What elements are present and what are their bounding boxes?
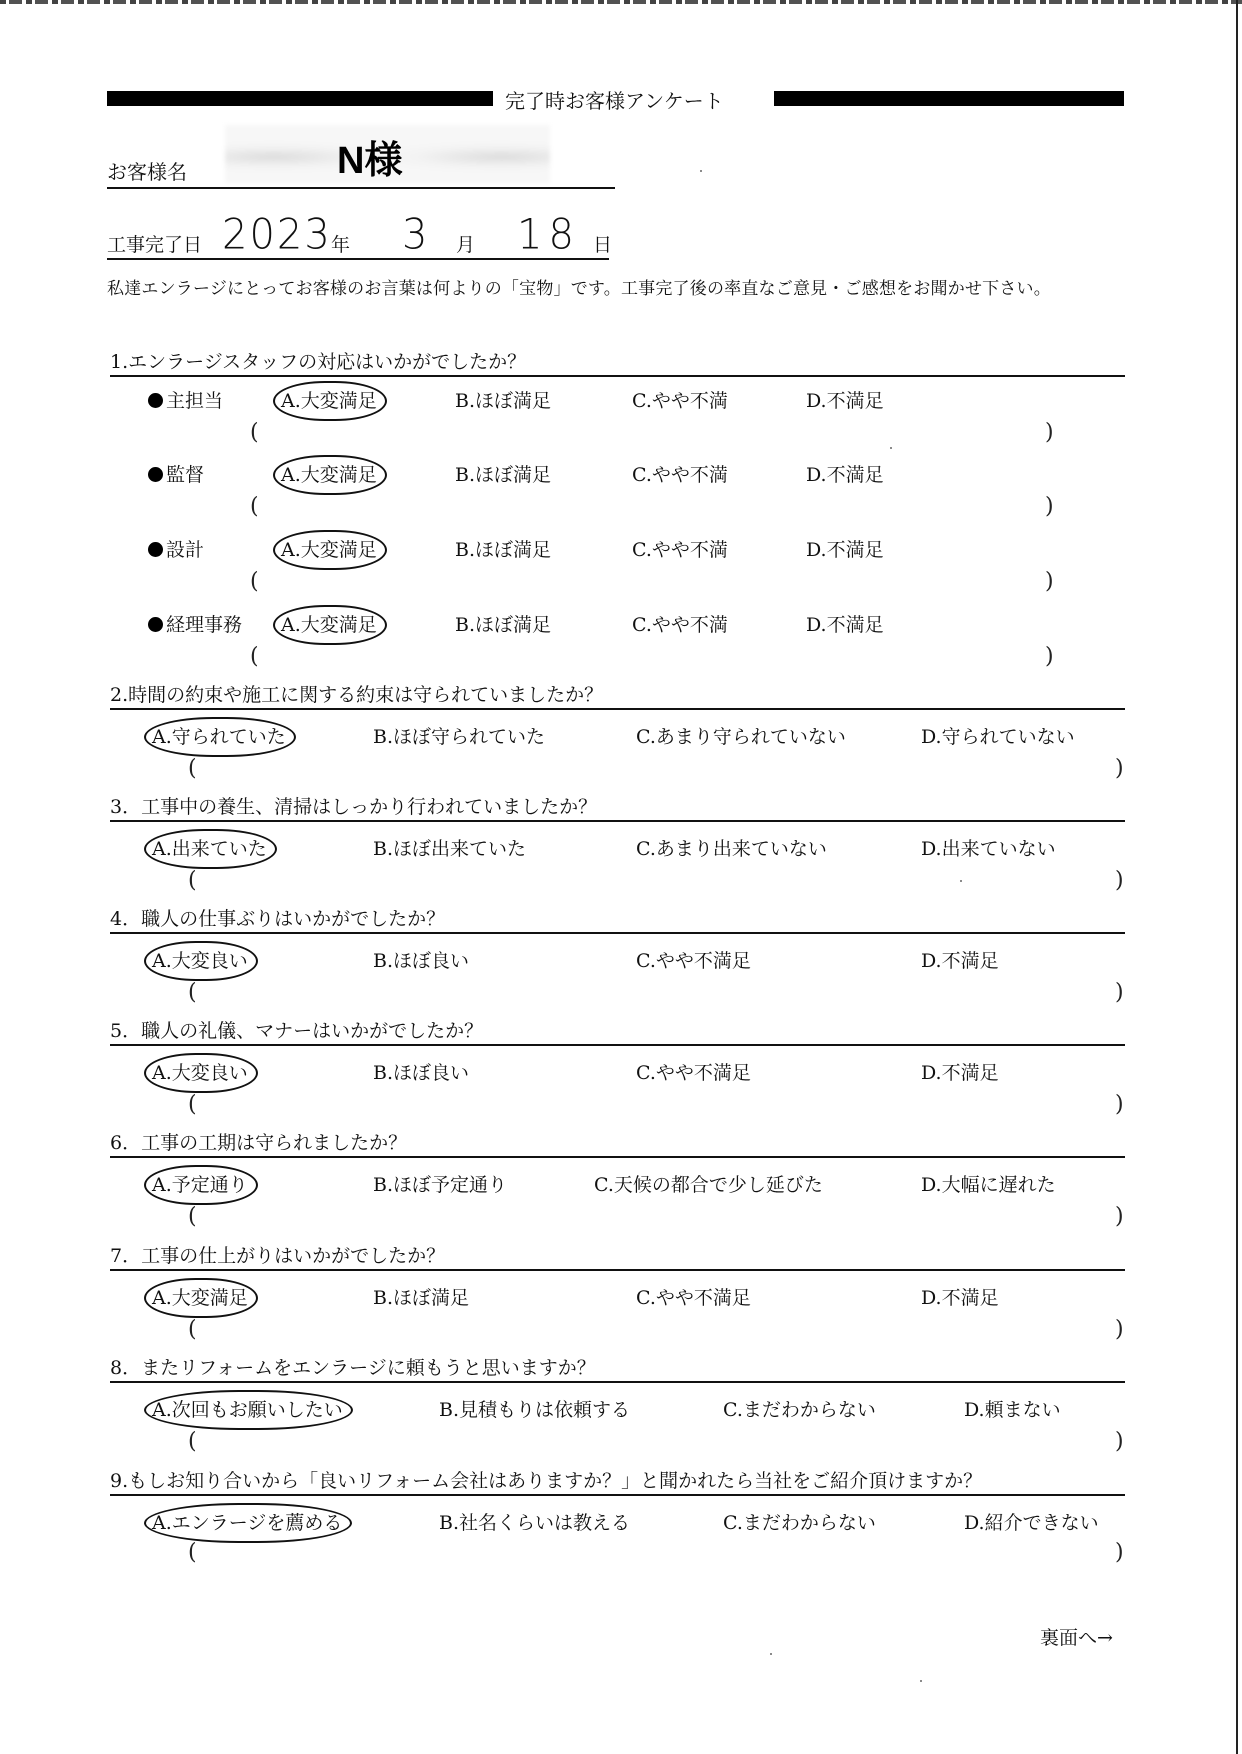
q1-accounting-comment-open[interactable]: ( [250, 644, 259, 669]
next-page-link[interactable]: 裏面へ→ [1040, 1623, 1113, 1650]
scan-speck [890, 447, 892, 449]
question-1-heading: 1.エンラージスタッフの対応はいかがでしたか？ [110, 349, 1125, 377]
q5-option-a-selected[interactable]: A.大変良い [144, 1053, 258, 1093]
scan-speck [920, 1680, 922, 1682]
q7-option-a-selected[interactable]: A.大変満足 [144, 1278, 258, 1318]
q5-comment-close: ) [1115, 1092, 1124, 1117]
q3-option-a-selected[interactable]: A.出来ていた [144, 829, 277, 869]
q3-comment-close: ) [1115, 868, 1124, 893]
q1-design-comment-open[interactable]: ( [250, 569, 259, 594]
scan-edge-top [0, 0, 1242, 4]
question-2-heading: 2.時間の約束や施工に関する約束は守られていましたか？ [110, 682, 1125, 710]
question-3-heading: 3．工事中の養生、清掃はしっかり行われていましたか？ [110, 794, 1125, 822]
scan-speck [960, 880, 962, 882]
q3-option-c[interactable]: C.あまり出来ていない [636, 834, 827, 861]
q1-main-option-d[interactable]: D.不満足 [806, 386, 884, 413]
q8-option-a-selected[interactable]: A.次回もお願いしたい [144, 1390, 353, 1430]
q1-supervisor-comment-close: ) [1045, 494, 1054, 519]
q1-design-option-b[interactable]: B.ほぼ満足 [455, 535, 551, 562]
q1-main-option-b[interactable]: B.ほぼ満足 [455, 386, 551, 413]
q6-option-d[interactable]: D.大幅に遅れた [921, 1170, 1056, 1197]
q2-option-b[interactable]: B.ほぼ守られていた [373, 722, 545, 749]
completion-month: 3 [402, 211, 427, 259]
q1-staff-design: 設計 [148, 535, 204, 562]
q7-option-b[interactable]: B.ほぼ満足 [373, 1283, 469, 1310]
q1-accounting-option-d[interactable]: D.不満足 [806, 610, 884, 637]
completion-date-label: 工事完了日 [107, 230, 202, 257]
q7-comment-open[interactable]: ( [188, 1317, 197, 1342]
q9-option-d[interactable]: D.紹介できない [964, 1508, 1099, 1535]
q7-option-d[interactable]: D.不満足 [921, 1283, 999, 1310]
survey-title-bar: 完了時お客様アンケート [107, 88, 1127, 110]
title-rule-right [774, 91, 1124, 106]
q1-design-comment-close: ) [1045, 569, 1054, 594]
q1-design-option-c[interactable]: C.やや不満 [632, 535, 728, 562]
customer-name-label: お客様名 [107, 156, 187, 185]
bullet-icon [148, 467, 163, 482]
q8-option-d[interactable]: D.頼まない [964, 1395, 1061, 1422]
question-7-heading: 7．工事の仕上がりはいかがでしたか？ [110, 1243, 1125, 1271]
question-9-heading: 9.もしお知り合いから「良いリフォーム会社はありますか？」と聞かれたら当社をご紹… [110, 1468, 1125, 1496]
q1-staff-accounting: 経理事務 [148, 610, 242, 637]
q3-option-b[interactable]: B.ほぼ出来ていた [373, 834, 526, 861]
day-unit: 日 [593, 230, 612, 257]
customer-name-value: N様 [337, 129, 402, 184]
q1-supervisor-option-a-selected[interactable]: A.大変満足 [273, 455, 387, 495]
q4-option-d[interactable]: D.不満足 [921, 946, 999, 973]
bullet-icon [148, 617, 163, 632]
q2-option-d[interactable]: D.守られていない [921, 722, 1075, 749]
q9-option-b[interactable]: B.社名くらいは教える [439, 1508, 630, 1535]
q2-comment-close: ) [1115, 756, 1124, 781]
q9-comment-close: ) [1115, 1540, 1124, 1565]
scan-edge-right [1236, 0, 1238, 1754]
q8-option-c[interactable]: C.まだわからない [723, 1395, 876, 1422]
customer-name-field: お客様名 N様 [107, 125, 615, 189]
year-unit: 年 [331, 230, 350, 257]
q3-option-d[interactable]: D.出来ていない [921, 834, 1056, 861]
q1-accounting-option-a-selected[interactable]: A.大変満足 [273, 605, 387, 645]
completion-year: 2023 [222, 211, 332, 259]
q4-option-c[interactable]: C.やや不満足 [636, 946, 751, 973]
q1-main-comment-open[interactable]: ( [250, 420, 259, 445]
q9-option-c[interactable]: C.まだわからない [723, 1508, 876, 1535]
q1-design-option-a-selected[interactable]: A.大変満足 [273, 530, 387, 570]
q1-accounting-option-c[interactable]: C.やや不満 [632, 610, 728, 637]
bullet-icon [148, 393, 163, 408]
survey-title: 完了時お客様アンケート [505, 85, 724, 114]
q5-comment-open[interactable]: ( [188, 1092, 197, 1117]
q4-option-b[interactable]: B.ほぼ良い [373, 946, 469, 973]
scan-speck [770, 1653, 772, 1655]
q7-comment-close: ) [1115, 1317, 1124, 1342]
q8-comment-close: ) [1115, 1429, 1124, 1454]
q1-design-option-d[interactable]: D.不満足 [806, 535, 884, 562]
q1-supervisor-option-b[interactable]: B.ほぼ満足 [455, 460, 551, 487]
q2-comment-open[interactable]: ( [188, 756, 197, 781]
intro-text: 私達エンラージにとってお客様のお言葉は何よりの「宝物」です。工事完了後の率直なご… [107, 274, 1051, 299]
q2-option-c[interactable]: C.あまり守られていない [636, 722, 846, 749]
question-8-heading: 8．またリフォームをエンラージに頼もうと思いますか？ [110, 1355, 1125, 1383]
question-4-heading: 4．職人の仕事ぶりはいかがでしたか？ [110, 906, 1125, 934]
q1-main-option-c[interactable]: C.やや不満 [632, 386, 728, 413]
q1-accounting-option-b[interactable]: B.ほぼ満足 [455, 610, 551, 637]
question-5-heading: 5．職人の礼儀、マナーはいかがでしたか？ [110, 1018, 1125, 1046]
q6-option-b[interactable]: B.ほぼ予定通り [373, 1170, 507, 1197]
q5-option-b[interactable]: B.ほぼ良い [373, 1058, 469, 1085]
q6-comment-close: ) [1115, 1204, 1124, 1229]
q1-main-comment-close: ) [1045, 420, 1054, 445]
question-6-heading: 6．工事の工期は守られましたか？ [110, 1130, 1125, 1158]
q1-supervisor-comment-open[interactable]: ( [250, 494, 259, 519]
q2-option-a-selected[interactable]: A.守られていた [144, 717, 296, 757]
q9-comment-open[interactable]: ( [188, 1540, 197, 1565]
q1-staff-main: 主担当 [148, 386, 223, 413]
q3-comment-open[interactable]: ( [188, 868, 197, 893]
q6-option-c[interactable]: C.天候の都合で少し延びた [594, 1170, 823, 1197]
month-unit: 月 [456, 230, 475, 257]
q8-comment-open[interactable]: ( [188, 1429, 197, 1454]
title-rule-left [107, 91, 493, 106]
q1-supervisor-option-d[interactable]: D.不満足 [806, 460, 884, 487]
q1-supervisor-option-c[interactable]: C.やや不満 [632, 460, 728, 487]
q6-comment-open[interactable]: ( [188, 1204, 197, 1229]
bullet-icon [148, 542, 163, 557]
q1-accounting-comment-close: ) [1045, 644, 1054, 669]
completion-date-field: 工事完了日 2023 年 3 月 18 日 [107, 206, 609, 260]
q6-option-a-selected[interactable]: A.予定通り [144, 1165, 258, 1205]
scan-speck [700, 170, 702, 172]
q1-main-option-a-selected[interactable]: A.大変満足 [273, 381, 387, 421]
q4-option-a-selected[interactable]: A.大変良い [144, 941, 258, 981]
q5-option-d[interactable]: D.不満足 [921, 1058, 999, 1085]
completion-day: 18 [517, 211, 580, 259]
q7-option-c[interactable]: C.やや不満足 [636, 1283, 751, 1310]
q9-option-a-selected[interactable]: A.エンラージを薦める [144, 1503, 352, 1543]
q4-comment-open[interactable]: ( [188, 980, 197, 1005]
q1-staff-supervisor: 監督 [148, 460, 204, 487]
q5-option-c[interactable]: C.やや不満足 [636, 1058, 751, 1085]
q4-comment-close: ) [1115, 980, 1124, 1005]
q8-option-b[interactable]: B.見積もりは依頼する [439, 1395, 630, 1422]
